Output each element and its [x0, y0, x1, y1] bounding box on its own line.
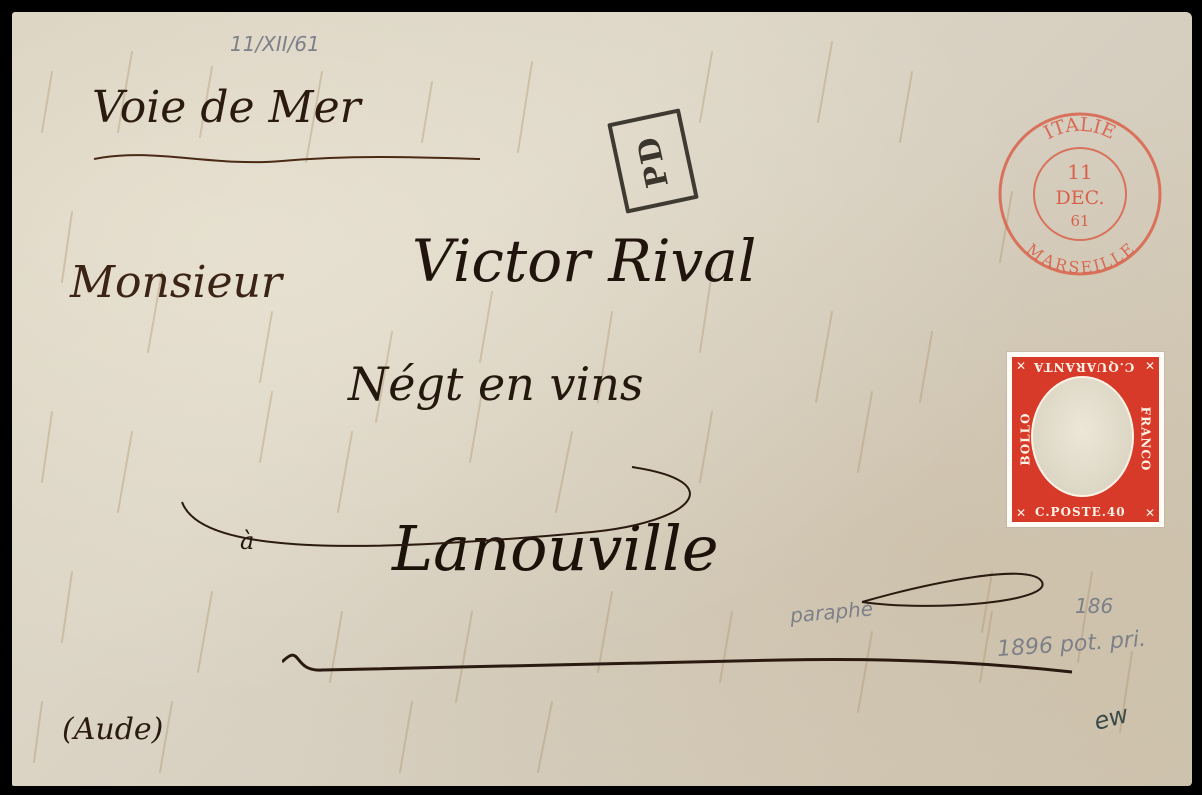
- postage-stamp: C.QUARANTA C.POSTE.40 BOLLO FRANCO ✕ ✕ ✕…: [1007, 352, 1164, 527]
- cds-day: 11: [1067, 160, 1092, 184]
- cds-year: 61: [1070, 212, 1089, 230]
- address-line2: Négt en vins: [348, 357, 643, 411]
- stamp-embossed-head: [1031, 376, 1134, 497]
- svg-text:MARSEILLE: MARSEILLE: [1023, 239, 1138, 277]
- cds-postmark: ITALIE MARSEILLE 11 DEC. 61: [995, 109, 1165, 279]
- stamp-corner-ornament: ✕: [1145, 506, 1155, 520]
- postal-cover: 11/XII/61 Voie de Mer PD ITALIE MARSEILL…: [12, 12, 1192, 786]
- stamp-corner-ornament: ✕: [1145, 359, 1155, 373]
- address-department: (Aude): [62, 712, 163, 747]
- route-underline: [92, 147, 482, 177]
- cds-bottom-text: MARSEILLE: [1023, 239, 1138, 277]
- pd-handstamp: PD: [607, 108, 699, 213]
- stamp-corner-ornament: ✕: [1016, 506, 1026, 520]
- pencil-year-top: 186: [1075, 594, 1113, 618]
- pd-label: PD: [630, 132, 675, 191]
- address-name: Victor Rival: [412, 227, 756, 295]
- stamp-corner-ornament: ✕: [1016, 359, 1026, 373]
- address-salutation: Monsieur: [70, 257, 282, 308]
- city-underline: [282, 632, 1082, 692]
- route-endorsement: Voie de Mer: [92, 82, 361, 133]
- stamp-bottom-text: C.POSTE.40: [1035, 505, 1126, 519]
- pencil-date: 11/XII/61: [230, 32, 320, 56]
- pencil-mark-bottom-right: ew: [1091, 700, 1131, 736]
- stamp-right-text: FRANCO: [1139, 407, 1153, 472]
- cds-month: DEC.: [1055, 187, 1104, 209]
- city-flourish: [172, 462, 1052, 612]
- stamp-top-text: C.QUARANTA: [1033, 360, 1134, 374]
- stamp-left-text: BOLLO: [1019, 412, 1033, 465]
